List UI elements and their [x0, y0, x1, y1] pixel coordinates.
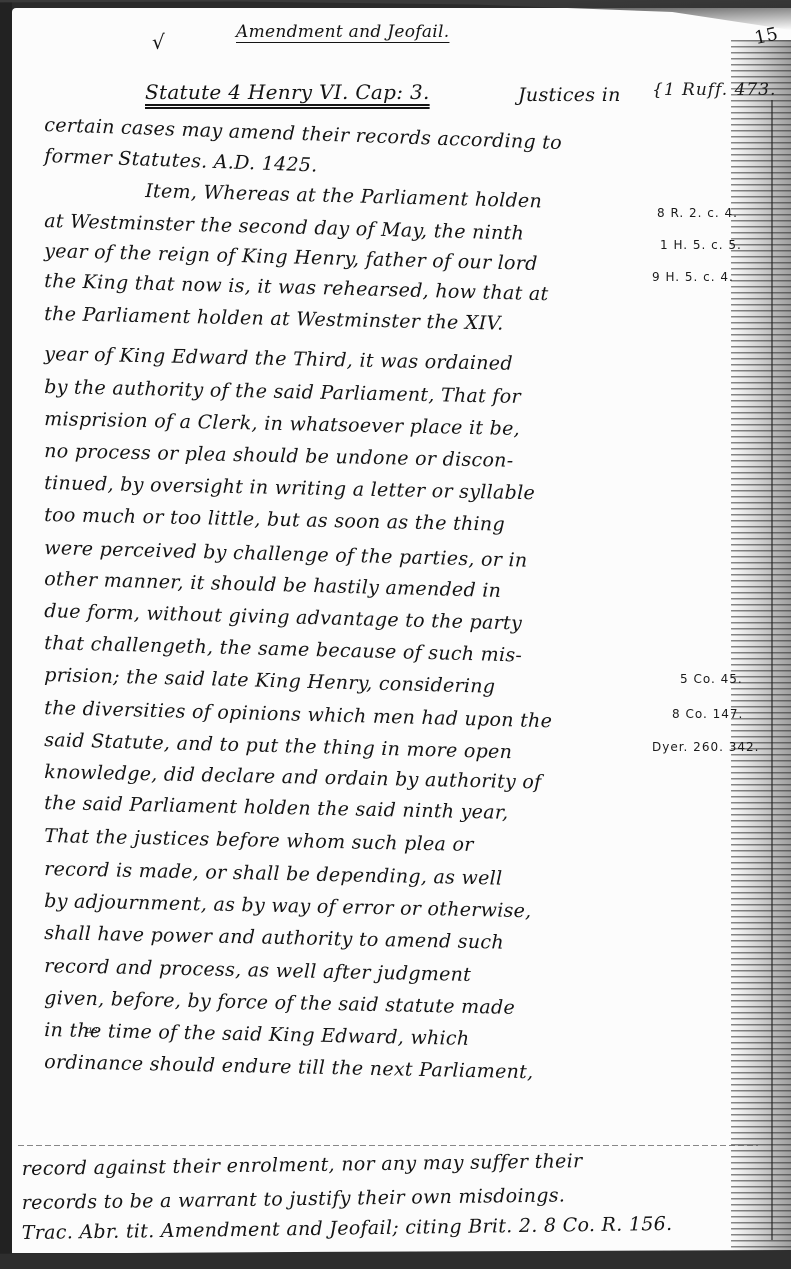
show-through-margin [731, 40, 791, 1260]
page-heading: Amendment and Jeofail. [236, 22, 449, 42]
interlinear-insert: as [86, 1025, 98, 1036]
margin-citation: {1 Ruff. 473. [652, 80, 776, 100]
margin-citation: 5 Co. 45. [680, 672, 743, 686]
margin-citation: Dyer. 260. 342. [652, 740, 759, 754]
scan-binding-edge [0, 0, 12, 1269]
page-ruling-line [771, 100, 773, 1240]
margin-citation: 8 Co. 147. [672, 707, 743, 721]
check-mark: √ [152, 30, 165, 54]
statute-title: Statute 4 Henry VI. Cap: 3. [145, 80, 430, 104]
footnote-divider [18, 1145, 758, 1146]
margin-citation: 1 H. 5. c. 5. [660, 238, 742, 252]
margin-citation: 9 H. 5. c. 4. [652, 270, 734, 284]
statute-title-tail: Justices in [518, 84, 621, 106]
margin-citation: 8 R. 2. c. 4. [657, 206, 738, 220]
